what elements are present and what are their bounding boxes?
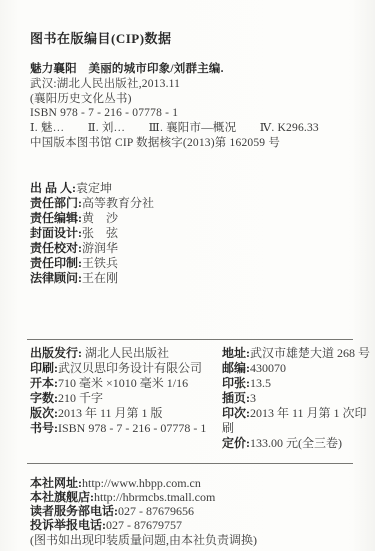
contact-row-store: 本社旗舰店:http://hbrmcbs.tmall.com: [30, 490, 375, 504]
spec-column-left: 出版发行: 湖北人民出版社 印刷:武汉贝思印务设计有限公司 开本:710 毫米 …: [30, 346, 222, 451]
divider-line-bottom: [27, 463, 353, 464]
cip-title-line: 魅力襄阳 美丽的城市印象/刘群主编.: [30, 62, 375, 77]
publication-spec-block: 出版发行: 湖北人民出版社 印刷:武汉贝思印务设计有限公司 开本:710 毫米 …: [30, 346, 375, 451]
staff-row-editor: 责任编辑:黄 沙: [30, 211, 375, 226]
spec-row-address: 地址:武汉市雄楚大道 268 号: [222, 346, 375, 361]
spec-value: 710 毫米 ×1010 毫米 1/16: [58, 376, 188, 390]
staff-row-department: 责任部门:高等教育分社: [30, 196, 375, 211]
spec-row-postcode: 邮编:430070: [222, 361, 375, 376]
contact-value: http://www.hbpp.com.cn: [82, 476, 201, 490]
spec-row-book-number: 书号:ISBN 978 - 7 - 216 - 07778 - 1: [30, 421, 222, 436]
spec-value: ISBN 978 - 7 - 216 - 07778 - 1: [58, 421, 206, 435]
spec-label: 开本:: [30, 376, 58, 390]
spec-label: 邮编:: [222, 361, 250, 375]
spec-label: 印刷:: [30, 361, 58, 375]
spec-label: 地址:: [222, 346, 250, 360]
spec-label: 出版发行:: [30, 346, 82, 360]
spec-value: 武汉市雄楚大道 268 号: [250, 346, 370, 360]
spec-value: 210 千字: [58, 391, 103, 405]
staff-value: 袁定坤: [76, 181, 112, 195]
staff-value: 游润华: [82, 241, 118, 255]
contact-label: 本社旗舰店:: [30, 490, 94, 504]
staff-row-cover-design: 封面设计:张 弦: [30, 226, 375, 241]
contact-label: 投诉举报电话:: [30, 518, 106, 532]
contact-row-complaint-phone: 投诉举报电话:027 - 87679757: [30, 518, 375, 532]
spec-label: 书号:: [30, 421, 58, 435]
staff-value: 黄 沙: [82, 211, 118, 225]
staff-label: 责任印制:: [30, 256, 82, 270]
spec-row-sheets: 印张:13.5: [222, 376, 375, 391]
spec-label: 印次:: [222, 406, 250, 420]
cip-classification-line: Ⅰ. 魅… Ⅱ. 刘… Ⅲ. 襄阳市—概况 Ⅳ. K296.33: [30, 121, 375, 136]
spec-row-publisher: 出版发行: 湖北人民出版社: [30, 346, 222, 361]
contact-label: 本社网址:: [30, 476, 82, 490]
spec-value: 133.00 元(全三卷): [250, 436, 342, 450]
contact-label: 读者服务部电话:: [30, 504, 118, 518]
spec-label: 版次:: [30, 406, 58, 420]
spec-row-word-count: 字数:210 千字: [30, 391, 222, 406]
contact-value: 027 - 87679757: [106, 518, 182, 532]
staff-value: 王铁兵: [82, 256, 118, 270]
spec-value: 430070: [250, 361, 286, 375]
staff-block: 出 品 人:袁定坤 责任部门:高等教育分社 责任编辑:黄 沙 封面设计:张 弦 …: [30, 181, 375, 286]
spec-row-printer: 印刷:武汉贝思印务设计有限公司: [30, 361, 222, 376]
spec-value: 湖北人民出版社: [82, 346, 169, 360]
staff-row-print-supervisor: 责任印制:王铁兵: [30, 256, 375, 271]
contact-block: 本社网址:http://www.hbpp.com.cn 本社旗舰店:http:/…: [30, 476, 375, 547]
staff-value: 高等教育分社: [82, 196, 154, 210]
spec-row-inserts: 插页:3: [222, 391, 375, 406]
contact-row-website: 本社网址:http://www.hbpp.com.cn: [30, 476, 375, 490]
staff-label: 出 品 人:: [30, 181, 76, 195]
staff-value: 张 弦: [82, 226, 118, 240]
spec-row-edition: 版次:2013 年 11 月第 1 版: [30, 406, 222, 421]
spec-label: 定价:: [222, 436, 250, 450]
spec-value: 武汉贝思印务设计有限公司: [58, 361, 202, 375]
contact-value: 027 - 87679656: [118, 504, 194, 518]
copyright-page: 图书在版编目(CIP)数据 魅力襄阳 美丽的城市印象/刘群主编. 武汉:湖北人民…: [0, 0, 375, 551]
spec-label: 印张:: [222, 376, 250, 390]
staff-label: 责任部门:: [30, 196, 82, 210]
cip-block: 魅力襄阳 美丽的城市印象/刘群主编. 武汉:湖北人民出版社,2013.11 (襄…: [30, 62, 375, 151]
spec-value: 13.5: [250, 376, 271, 390]
cip-heading: 图书在版编目(CIP)数据: [30, 30, 375, 47]
divider-line-top: [27, 339, 353, 340]
staff-label: 法律顾问:: [30, 271, 82, 285]
contact-row-reader-service-phone: 读者服务部电话:027 - 87679656: [30, 504, 375, 518]
spec-label: 插页:: [222, 391, 250, 405]
spec-row-impression: 印次:2013 年 11 月第 1 次印刷: [222, 406, 375, 436]
cip-publisher-line: 武汉:湖北人民出版社,2013.11: [30, 77, 375, 92]
cip-series-line: (襄阳历史文化丛书): [30, 92, 375, 107]
quality-exchange-note: (图书如出现印装质量问题,由本社负责调换): [30, 533, 375, 547]
staff-row-legal-advisor: 法律顾问:王在刚: [30, 271, 375, 286]
spec-value: 3: [250, 391, 256, 405]
staff-row-proofreader: 责任校对:游润华: [30, 241, 375, 256]
spec-value: 2013 年 11 月第 1 版: [58, 406, 163, 420]
spec-row-price: 定价:133.00 元(全三卷): [222, 436, 375, 451]
staff-label: 封面设计:: [30, 226, 82, 240]
cip-record-number-line: 中国版本图书馆 CIP 数据核字(2013)第 162059 号: [30, 136, 375, 151]
staff-row-producer: 出 品 人:袁定坤: [30, 181, 375, 196]
staff-label: 责任编辑:: [30, 211, 82, 225]
cip-isbn-line: ISBN 978 - 7 - 216 - 07778 - 1: [30, 106, 375, 121]
spec-label: 字数:: [30, 391, 58, 405]
staff-value: 王在刚: [82, 271, 118, 285]
staff-label: 责任校对:: [30, 241, 82, 255]
contact-value: http://hbrmcbs.tmall.com: [94, 490, 215, 504]
spec-column-right: 地址:武汉市雄楚大道 268 号 邮编:430070 印张:13.5 插页:3 …: [222, 346, 375, 451]
spec-row-format: 开本:710 毫米 ×1010 毫米 1/16: [30, 376, 222, 391]
